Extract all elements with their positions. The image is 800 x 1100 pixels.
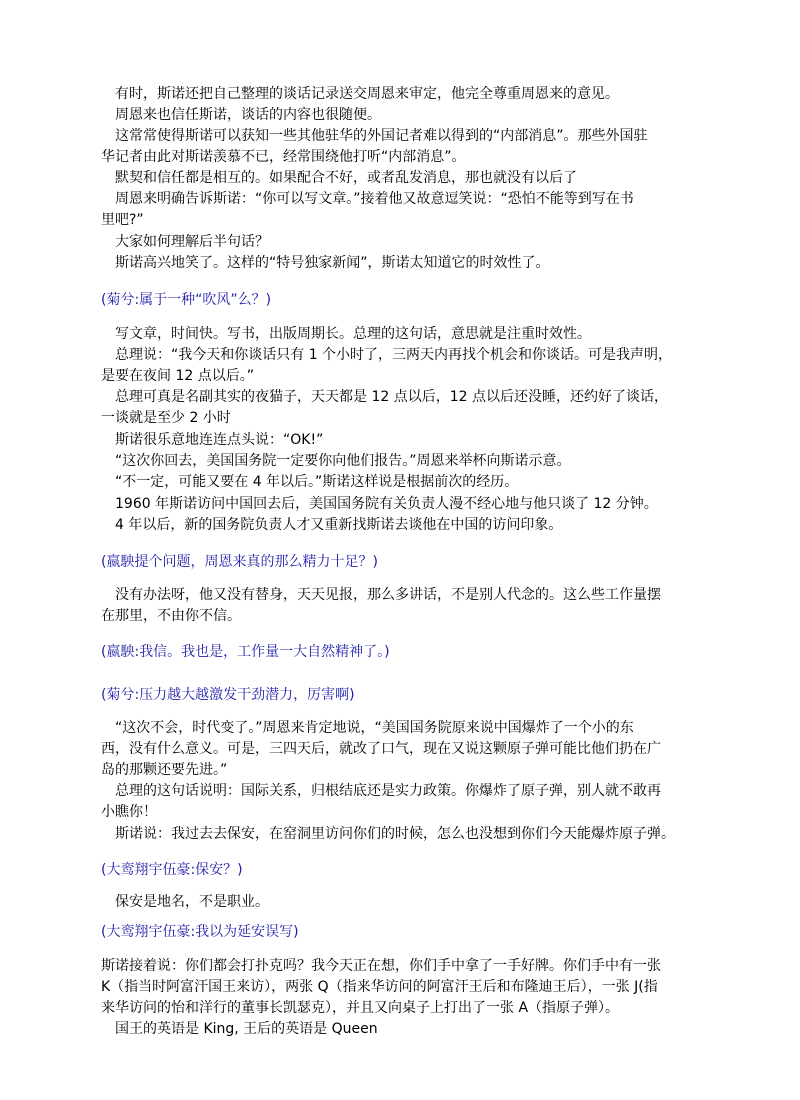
comment-annotation: (嬴駚:我信。我也是，工作量一大自然精神了。)	[101, 642, 390, 662]
body-text-line: 周恩来也信任斯诺，谈话的内容也很随便。	[101, 105, 381, 125]
comment-annotation: (菊兮:属于一种“吹风”么？)	[101, 290, 271, 310]
body-text-line: 斯诺说：我过去去保安，在窑洞里访问你们的时候，怎么也没想到你们今天能爆炸原子弹。	[101, 824, 675, 844]
body-text-line: 1960 年斯诺访问中国回去后，美国国务院有关负责人漫不经心地与他只谈了 12 …	[101, 494, 658, 514]
body-text-line: 斯诺很乐意地连连点头说：“OK!”	[101, 430, 323, 450]
comment-annotation: (大鸾翔宇伍豪:保安？)	[101, 860, 243, 880]
body-text-line: K（指当时阿富汗国王来访），两张 Q（指来华访问的阿富汗王后和布隆迪王后），一张…	[101, 977, 658, 997]
body-text-line: 小瞧你！	[101, 802, 157, 822]
body-text-line: 斯诺高兴地笑了。这样的“特号独家新闻”，斯诺太知道它的时效性了。	[101, 253, 550, 273]
body-text-line: 在那里，不由你不信。	[101, 606, 241, 626]
body-text-line: 华记者由此对斯诺羡慕不已，经常围绕他打听“内部消息”。	[101, 147, 466, 167]
body-text-line: 一谈就是至少 2 小时	[101, 408, 231, 428]
body-text-line: “这次不会，时代变了。”周恩来肯定地说，“美国国务院原来说中国爆炸了一个小的东	[101, 718, 634, 738]
body-text-line: 保安是地名，不是职业。	[101, 892, 269, 912]
body-text-line: 斯诺接着说：你们都会打扑克吗？我今天正在想，你们手中拿了一手好牌。你们手中有一张	[101, 956, 661, 976]
body-text-line: 这常常使得斯诺可以获知一些其他驻华的外国记者难以得到的“内部消息”。那些外国驻	[101, 126, 648, 146]
body-text-line: 西，没有什么意义。可是，三四天后，就改了口气，现在又说这颗原子弹可能比他们扔在广	[101, 739, 661, 759]
body-text-line: “不一定，可能又要在 4 年以后。”斯诺这样说是根据前次的经历。	[101, 472, 518, 492]
body-text-line: 来华访问的怡和洋行的董事长凯瑟克），并且又向桌子上打出了一张 A（指原子弹）。	[101, 998, 619, 1018]
body-text-line: 总理的这句话说明：国际关系，归根结底还是实力政策。你爆炸了原子弹，别人就不敢再	[101, 781, 661, 801]
body-text-line: 有时，斯诺还把自己整理的谈话记录送交周恩来审定，他完全尊重周恩来的意见。	[101, 84, 619, 104]
body-text-line: “这次你回去，美国国务院一定要你向他们报告。”周恩来举杯向斯诺示意。	[101, 451, 571, 471]
body-text-line: 大家如何理解后半句话？	[101, 232, 269, 252]
body-text-line: 里吧?”	[101, 210, 144, 230]
body-text-line: 总理说：“我今天和你谈话只有 1 个小时了，三两天内再找个机会和你谈话。可是我声…	[101, 345, 672, 365]
body-text-line: 总理可真是名副其实的夜猫子，天天都是 12 点以后，12 点以后还没睡，还约好了…	[101, 387, 668, 407]
comment-annotation: (菊兮:压力越大越激发干劲潜力，厉害啊)	[101, 685, 355, 705]
body-text-line: 周恩来明确告诉斯诺：“你可以写文章。”接着他又故意逗笑说：“恐怕不能等到写在书	[101, 189, 634, 209]
body-text-line: 4 年以后，新的国务院负责人才又重新找斯诺去谈他在中国的访问印象。	[101, 515, 562, 535]
body-text-line: 默契和信任都是相互的。如果配合不好，或者乱发消息，那也就没有以后了	[101, 168, 577, 188]
comment-annotation: (大鸾翔宇伍豪:我以为延安误写)	[101, 922, 299, 942]
body-text-line: 没有办法呀，他又没有替身，天天见报，那么多讲话，不是别人代念的。这么些工作量摆	[101, 585, 661, 605]
comment-annotation: (嬴駚提个问题，周恩来真的那么精力十足？)	[101, 552, 378, 572]
body-text-line: 国王的英语是 King, 王后的英语是 Queen	[101, 1019, 378, 1039]
body-text-line: 是要在夜间 12 点以后。”	[101, 366, 254, 386]
body-text-line: 岛的那颗还要先进。”	[101, 760, 227, 780]
body-text-line: 写文章，时间快。写书，出版周期长。总理的这句话，意思就是注重时效性。	[101, 324, 591, 344]
